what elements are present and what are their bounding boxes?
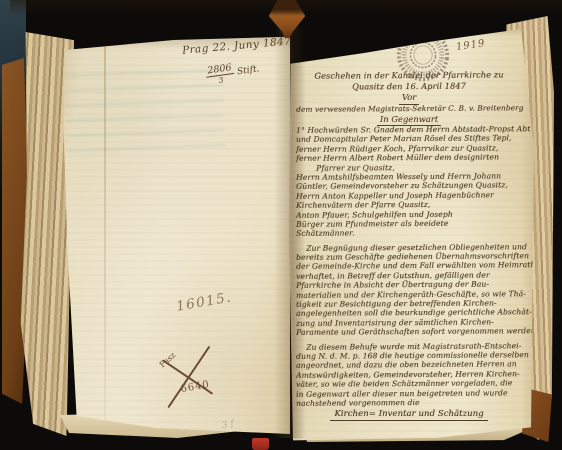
crossed-out-docket: Fasz 6640 (152, 350, 226, 411)
docket-suffix: Stift. (236, 64, 260, 77)
section-heading-inventar: Kirchen= Inventar und Schätzung (296, 409, 522, 421)
attendee-list: 1° Hochwürden Sr. Gnaden dem Herrn Abtst… (296, 125, 522, 238)
right-page: N° 2812 Geistl. d° 1919 Geschehen in der… (288, 24, 536, 442)
attendee-line: Schätzmänner. (296, 228, 522, 239)
reference-sub: d° (322, 44, 329, 52)
page-fold-line (104, 46, 106, 426)
officiant-line: dem verwesenden Magistrats-Sekretär C. B… (296, 103, 522, 115)
protocol-heading: Geschehen in der Kanzlei der Pfarrkirche… (296, 70, 522, 92)
paragraph-2: Zu diesem Behufe wurde mit Magistratsrat… (296, 342, 522, 408)
paragraph-line: Paramente und Geräthschaften sofort vorg… (296, 326, 522, 337)
manuscript-photo: Prag 22. Juny 1847 2806 3 Stift. 16015. … (0, 0, 562, 450)
paragraph-1: Zur Begnügung dieser gesetzlichen Oblieg… (296, 243, 522, 337)
heading-line: Quasitz den 16. April 1847 (296, 80, 522, 93)
folio-number: 1919 (455, 38, 486, 53)
ink-bleed-through (64, 63, 225, 164)
vor-label: Vor (296, 92, 522, 104)
left-page: Prag 22. Juny 1847 2806 3 Stift. 16015. … (58, 36, 290, 436)
book-gutter-shadow (274, 28, 306, 438)
pencil-mark: 3 f (221, 419, 235, 431)
protocol-text: Geschehen in der Kanzlei der Pfarrkirche… (296, 70, 522, 421)
praesens-label: In Gegenwart (296, 114, 522, 126)
paragraph-line: nachstehend vorgenommen die (296, 397, 522, 408)
red-ribbon-tab (252, 438, 269, 450)
docket-fraction: 2806 3 (205, 62, 236, 87)
archive-number: 16015. (175, 289, 233, 315)
